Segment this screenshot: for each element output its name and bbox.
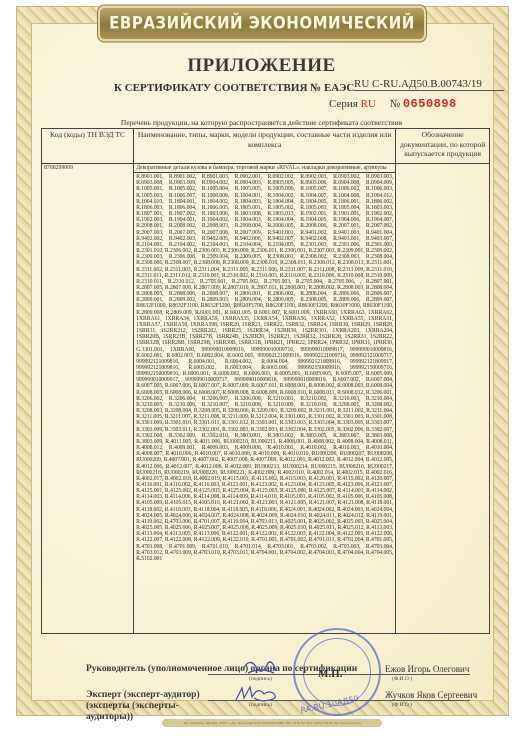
stamp-place-label: М.П. (318, 668, 342, 680)
product-code: 8708299009 (42, 164, 134, 634)
column-header-code: Код (коды) ТН ВЭД ТС (42, 129, 134, 164)
union-banner: ЕВРАЗИЙСКИЙ ЭКОНОМИЧЕСКИЙ СОЮЗ (98, 6, 426, 42)
product-list-caption: Перечень продукции, на которую распростр… (0, 118, 523, 127)
head-full-name: Ежов Игорь Олегович (385, 664, 469, 674)
product-description: Декоративные детали кузова и бампера, то… (134, 164, 396, 634)
product-documentation (396, 164, 490, 634)
table-header-row: Код (коды) ТН ВЭД ТС Наименование, типы,… (42, 129, 490, 164)
expert-signature-caption: (подпись) (249, 702, 272, 708)
number-label: № (390, 98, 401, 110)
series-line: Серия RU № 0650898 (329, 97, 457, 111)
series-label: Серия (329, 98, 358, 110)
table-row: 8708299009 Декоративные детали кузова и … (42, 164, 490, 634)
product-articles: R.8901.001, R.8901.002, R.8901.003, R.09… (136, 174, 393, 562)
series-value: RU (361, 98, 376, 110)
certificate-subtitle: К СЕРТИФИКАТУ СООТВЕТСТВИЯ № ЕАЭС (114, 82, 354, 94)
column-header-documentation: Обозначение документации, по которой вып… (396, 129, 490, 164)
document-title: ПРИЛОЖЕНИЕ (0, 55, 523, 77)
product-description-intro: Декоративные детали кузова и бампера, то… (134, 165, 395, 173)
blank-number: 0650898 (403, 97, 457, 111)
head-signature-scribble (240, 655, 280, 677)
expert-name-caption: (Ф.И.О.) (392, 702, 412, 708)
expert-full-name: Жучков Яков Сергеевич (385, 690, 477, 700)
column-header-product: Наименование, типы, марки, модели продук… (134, 129, 396, 164)
printer-imprint: АО «Опцион», Москва, 2018 г., «Б», Лицен… (162, 719, 382, 727)
product-table: Код (коды) ТН ВЭД ТС Наименование, типы,… (41, 128, 490, 634)
head-name-caption: (Ф.И.О.) (392, 676, 412, 682)
head-name-line (382, 674, 470, 675)
head-signature-line (208, 674, 384, 675)
expert-name-line (382, 700, 470, 701)
certificate-number: RU C-RU.АД50.В.00743/19 (354, 78, 504, 91)
